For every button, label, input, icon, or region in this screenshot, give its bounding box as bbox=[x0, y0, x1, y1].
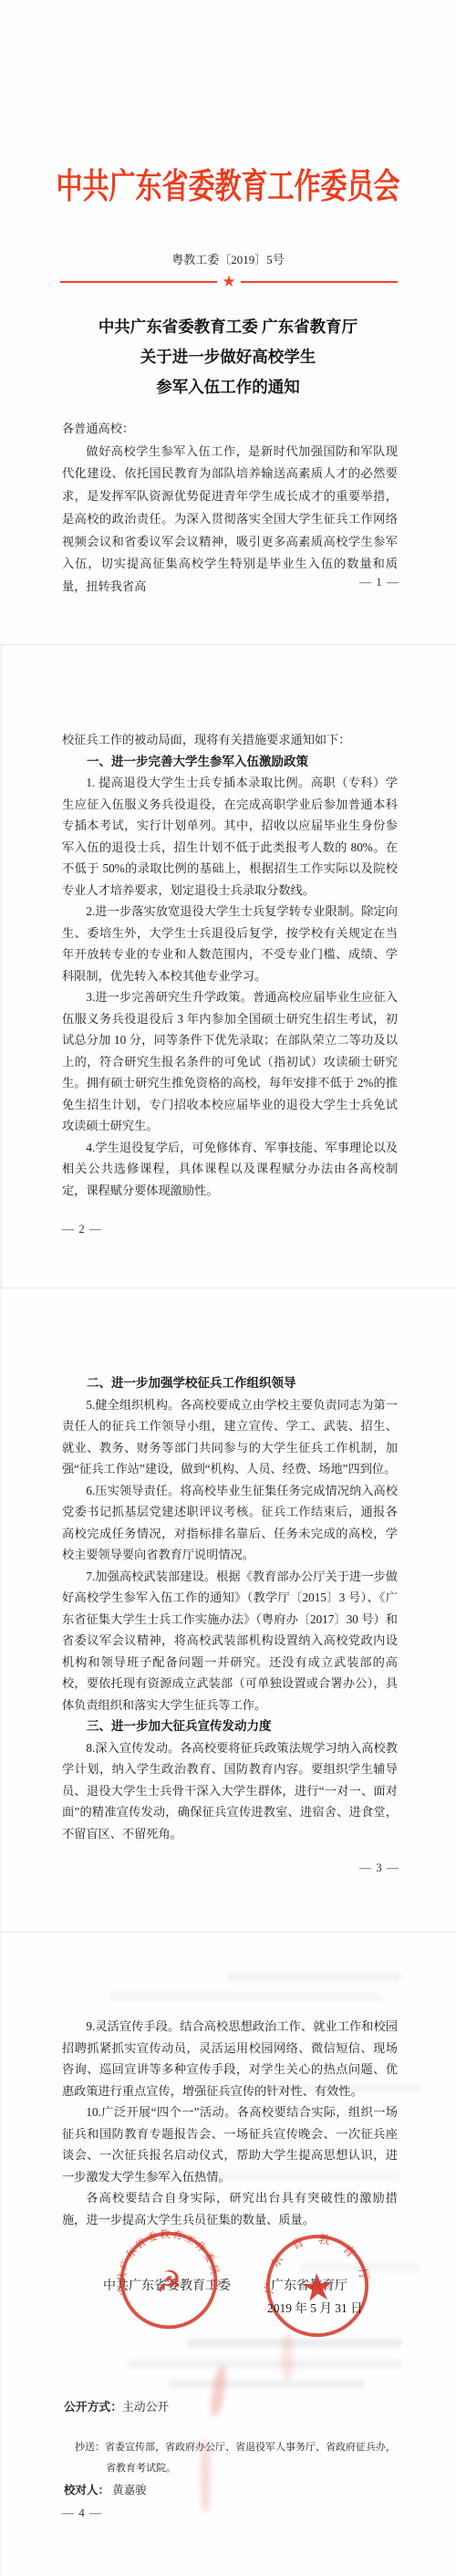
cc-line-1: 抄送：省委宣传部，省政府办公厅、省退役军人事务厅、省政府征兵办， bbox=[75, 2439, 396, 2454]
red-line-left bbox=[60, 281, 217, 283]
document-title: 中共广东省委教育工委 广东省教育厅 关于进一步做好高校学生 参军入伍工作的通知 bbox=[27, 312, 429, 402]
body-paragraph: 3.进一步完善研究生升学政策。普通高校应届毕业生应征入伍服义务兵役退役后 3 年… bbox=[62, 986, 398, 1137]
page-3-body: 二、进一步加强学校征兵工作组织领导 5.健全组织机构。各高校要成立由学校主要负责… bbox=[62, 1372, 398, 1844]
cc-line-2: 省教育考试院。 bbox=[106, 2460, 176, 2475]
title-line-2: 关于进一步做好高校学生 bbox=[27, 342, 429, 372]
salutation: 各普通高校： bbox=[62, 418, 398, 441]
body-paragraph: 1. 提高退役大学生士兵专插本录取比例。高职（专科）学生应征入伍服义务兵役退役，… bbox=[62, 772, 398, 901]
seal-bleed-smudge bbox=[209, 2365, 228, 2416]
issue-date: 2019 年 5 月 31 日 bbox=[267, 2298, 363, 2316]
title-line-1: 中共广东省委教育工委 广东省教育厅 bbox=[27, 312, 429, 342]
star-icon: ★ bbox=[222, 274, 235, 289]
body-paragraph: 校征兵工作的被动局面，现将有关措施要求通知如下： bbox=[62, 729, 398, 751]
body-paragraph: 10.广泛开展“四个一”活动。各高校要结合实际，组织一场征兵和国防教育专题报告会… bbox=[62, 2101, 398, 2187]
body-paragraph: 4.学生退役复学后，可免修体育、军事技能、军事理论以及相关公共选修课程，具体课程… bbox=[62, 1137, 398, 1202]
body-paragraph: 9.灵活宣传手段。结合高校思想政治工作、就业工作和校园招聘抓紧抓实宣传动员，灵活… bbox=[62, 2016, 398, 2101]
page-1: 中共广东省委教育工作委员会 粤教工委〔2019〕5号 ★ 中共广东省委教育工委 … bbox=[0, 0, 456, 644]
page-3: 二、进一步加强学校征兵工作组织领导 5.健全组织机构。各高校要成立由学校主要负责… bbox=[0, 1288, 456, 1932]
red-separator-line: ★ bbox=[60, 274, 398, 289]
hammer-sickle-icon: ☭ bbox=[156, 2264, 182, 2299]
bleed-through-artifact bbox=[228, 1973, 401, 1981]
body-paragraph: 6.压实领导责任。将高校毕业生征集任务完成情况纳入高校党委书记抓基层党建述职评议… bbox=[62, 1480, 398, 1566]
page-number: — 4 — bbox=[62, 2506, 102, 2520]
official-seal-right: 广 东 省 教 育 厅 ★ bbox=[260, 2228, 375, 2343]
page-number: — 3 — bbox=[359, 1861, 399, 1875]
section-heading-3: 三、进一步加大征兵宣传发动力度 bbox=[62, 1716, 398, 1737]
disclosure-value: 主动公开 bbox=[122, 2401, 169, 2414]
body-paragraph: 8.深入宣传发动。各高校要将征兵政策法规学习纳入高校教学计划，纳入学生政治教育、… bbox=[62, 1737, 398, 1845]
section-heading-1: 一、进一步完善大学生参军入伍激励政策 bbox=[62, 751, 398, 773]
bleed-through-artifact bbox=[128, 2360, 401, 2368]
body-paragraph: 5.健全组织机构。各高校要成立由学校主要负责同志为第一责任人的征兵工作领导小组，… bbox=[62, 1394, 398, 1480]
red-line-right bbox=[241, 281, 398, 283]
document-scroll: 中共广东省委教育工作委员会 粤教工委〔2019〕5号 ★ 中共广东省委教育工委 … bbox=[0, 0, 456, 2576]
page-number: — 1 — bbox=[359, 575, 399, 589]
disclosure-label: 公开方式： bbox=[64, 2400, 122, 2414]
bleed-through-artifact bbox=[109, 1993, 383, 2001]
proofreader-row: 校对人： 黄嘉骏 bbox=[64, 2481, 147, 2498]
page-1-body: 各普通高校： 做好高校学生参军入伍工作，是新时代加强国防和军队现代化建设、依托国… bbox=[62, 418, 398, 599]
official-seal-left: 中共广东省委教育工作委员会 ☭ bbox=[117, 2227, 221, 2334]
body-paragraph: 2.进一步落实放宽退役大学生士兵复学转专业限制。除定向生、委培生外，大学生士兵退… bbox=[62, 901, 398, 986]
page-4-body: 9.灵活宣传手段。结合高校思想政治工作、就业工作和校园招聘抓紧抓实宣传动员，灵活… bbox=[62, 2016, 398, 2230]
body-paragraph: 7.加强高校武装部建设。根据《教育部办公厅关于进一步做好高校学生参军入伍工作的通… bbox=[62, 1566, 398, 1716]
bleed-through-artifact bbox=[169, 2380, 365, 2388]
section-heading-2: 二、进一步加强学校征兵工作组织领导 bbox=[62, 1372, 398, 1394]
page-2-body: 校征兵工作的被动局面，现将有关措施要求通知如下： 一、进一步完善大学生参军入伍激… bbox=[62, 729, 398, 1201]
proofreader-label: 校对人： bbox=[64, 2484, 109, 2497]
page-number: — 2 — bbox=[62, 1222, 102, 1236]
document-masthead: 中共广东省委教育工作委员会 bbox=[0, 166, 456, 203]
page-4: 9.灵活宣传手段。结合高校思想政治工作、就业工作和校园招聘抓紧抓实宣传动员，灵活… bbox=[0, 1932, 456, 2576]
body-paragraph: 各高校要结合自身实际，研究出台具有突破性的激励措施，进一步提高大学生兵员征集的数… bbox=[62, 2187, 398, 2230]
page-2: 校征兵工作的被动局面，现将有关措施要求通知如下： 一、进一步完善大学生参军入伍激… bbox=[0, 644, 456, 1288]
title-line-3: 参军入伍工作的通知 bbox=[27, 372, 429, 402]
document-number: 粤教工委〔2019〕5号 bbox=[0, 250, 456, 267]
masthead-text: 中共广东省委教育工作委员会 bbox=[56, 160, 399, 209]
proofreader-value: 黄嘉骏 bbox=[112, 2484, 147, 2497]
disclosure-row: 公开方式：主动公开 bbox=[64, 2397, 169, 2414]
body-paragraph: 做好高校学生参军入伍工作，是新时代加强国防和军队现代化建设、依托国民教育为部队培… bbox=[62, 441, 398, 599]
